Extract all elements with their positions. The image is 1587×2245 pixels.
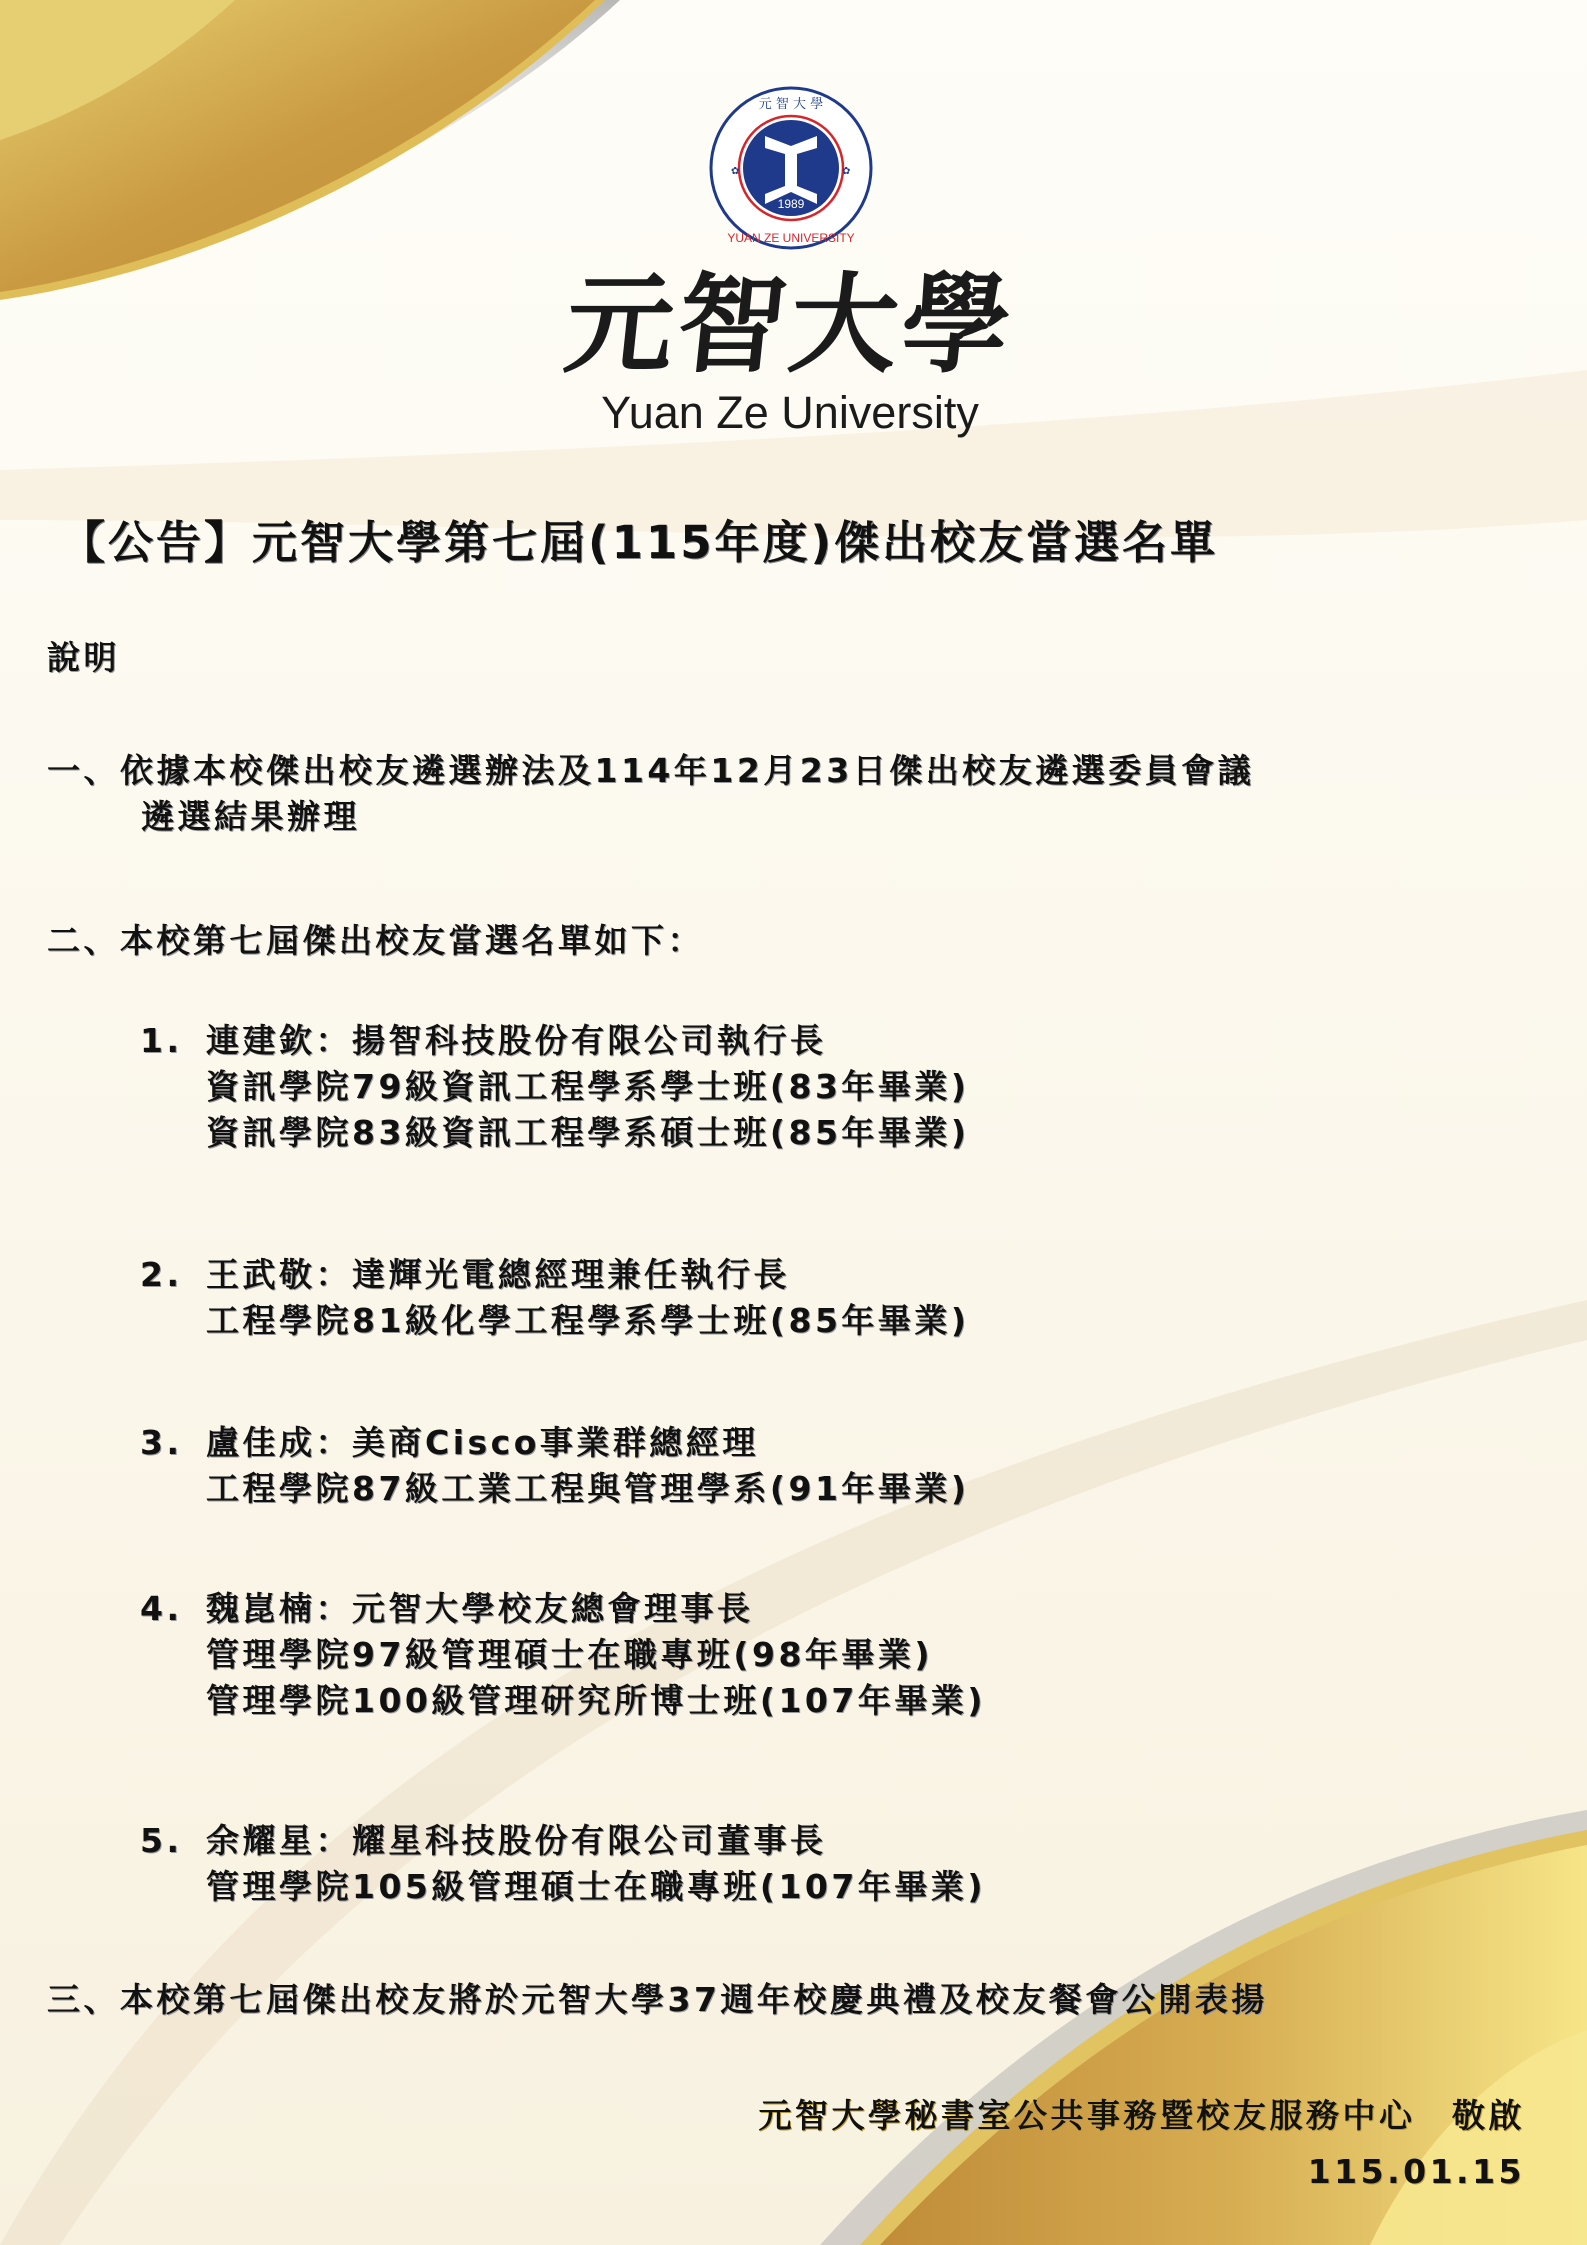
alumnus-detail: 資訊學院83級資訊工程學系碩士班(85年畢業)	[140, 1110, 970, 1156]
item-1-line-2: 遴選結果辦理	[47, 794, 1254, 840]
alumnus-headline: 魏崑楠：元智大學校友總會理事長	[206, 1586, 754, 1632]
svg-text:1989: 1989	[778, 197, 805, 211]
item-1: 一、依據本校傑出校友遴選辦法及114年12月23日傑出校友遴選委員會議 遴選結果…	[47, 748, 1254, 840]
svg-text:元 智 大 學: 元 智 大 學	[759, 96, 823, 112]
item-1-line-1: 一、依據本校傑出校友遴選辦法及114年12月23日傑出校友遴選委員會議	[47, 748, 1254, 794]
alumnus-number: 3.	[140, 1420, 206, 1466]
alumnus-5: 5.余耀星：耀星科技股份有限公司董事長 管理學院105級管理碩士在職專班(107…	[140, 1818, 986, 1910]
alumnus-1: 1.連建欽：揚智科技股份有限公司執行長 資訊學院79級資訊工程學系學士班(83年…	[140, 1018, 970, 1156]
alumnus-number: 5.	[140, 1818, 206, 1864]
alumnus-number: 1.	[140, 1018, 206, 1064]
wordmark-english: Yuan Ze University	[560, 388, 1020, 438]
alumnus-4: 4.魏崑楠：元智大學校友總會理事長 管理學院97級管理碩士在職專班(98年畢業)…	[140, 1586, 986, 1724]
issuing-office: 元智大學秘書室公共事務暨校友服務中心 敬啟	[759, 2088, 1526, 2144]
alumnus-2: 2.王武敬：達輝光電總經理兼任執行長 工程學院81級化學工程學系學士班(85年畢…	[140, 1252, 970, 1344]
svg-text:✿: ✿	[842, 166, 850, 177]
alumnus-detail: 工程學院81級化學工程學系學士班(85年畢業)	[140, 1298, 970, 1344]
issue-date: 115.01.15	[759, 2144, 1526, 2200]
svg-text:YUAN ZE UNIVERSITY: YUAN ZE UNIVERSITY	[727, 231, 854, 245]
alumnus-headline: 余耀星：耀星科技股份有限公司董事長	[206, 1818, 827, 1864]
alumnus-headline: 王武敬：達輝光電總經理兼任執行長	[206, 1252, 790, 1298]
alumnus-headline: 盧佳成：美商Cisco事業群總經理	[206, 1420, 759, 1466]
alumnus-detail: 工程學院87級工業工程與管理學系(91年畢業)	[140, 1466, 970, 1512]
signature-block: 元智大學秘書室公共事務暨校友服務中心 敬啟 115.01.15	[759, 2088, 1526, 2200]
alumnus-3: 3.盧佳成：美商Cisco事業群總經理 工程學院87級工業工程與管理學系(91年…	[140, 1420, 970, 1512]
item-3: 三、本校第七屆傑出校友將於元智大學37週年校慶典禮及校友餐會公開表揚	[47, 1977, 1268, 2023]
section-heading: 說明	[47, 635, 120, 681]
svg-text:✿: ✿	[731, 166, 739, 177]
alumnus-number: 4.	[140, 1586, 206, 1632]
alumnus-detail: 管理學院100級管理研究所博士班(107年畢業)	[140, 1678, 986, 1724]
alumnus-detail: 資訊學院79級資訊工程學系學士班(83年畢業)	[140, 1064, 970, 1110]
alumnus-number: 2.	[140, 1252, 206, 1298]
alumnus-detail: 管理學院97級管理碩士在職專班(98年畢業)	[140, 1632, 986, 1678]
item-2: 二、本校第七屆傑出校友當選名單如下：	[47, 918, 704, 964]
announcement-poster: 1989 ✿ ✿ YUAN ZE UNIVERSITY 元 智 大 學 元智大學…	[0, 0, 1587, 2245]
wordmark-chinese: 元智大學	[554, 265, 1027, 385]
announcement-title: 【公告】元智大學第七屆(115年度)傑出校友當選名單	[60, 508, 1530, 578]
alumnus-detail: 管理學院105級管理碩士在職專班(107年畢業)	[140, 1864, 986, 1910]
university-seal-logo: 1989 ✿ ✿ YUAN ZE UNIVERSITY 元 智 大 學	[709, 86, 873, 250]
alumnus-headline: 連建欽：揚智科技股份有限公司執行長	[206, 1018, 827, 1064]
